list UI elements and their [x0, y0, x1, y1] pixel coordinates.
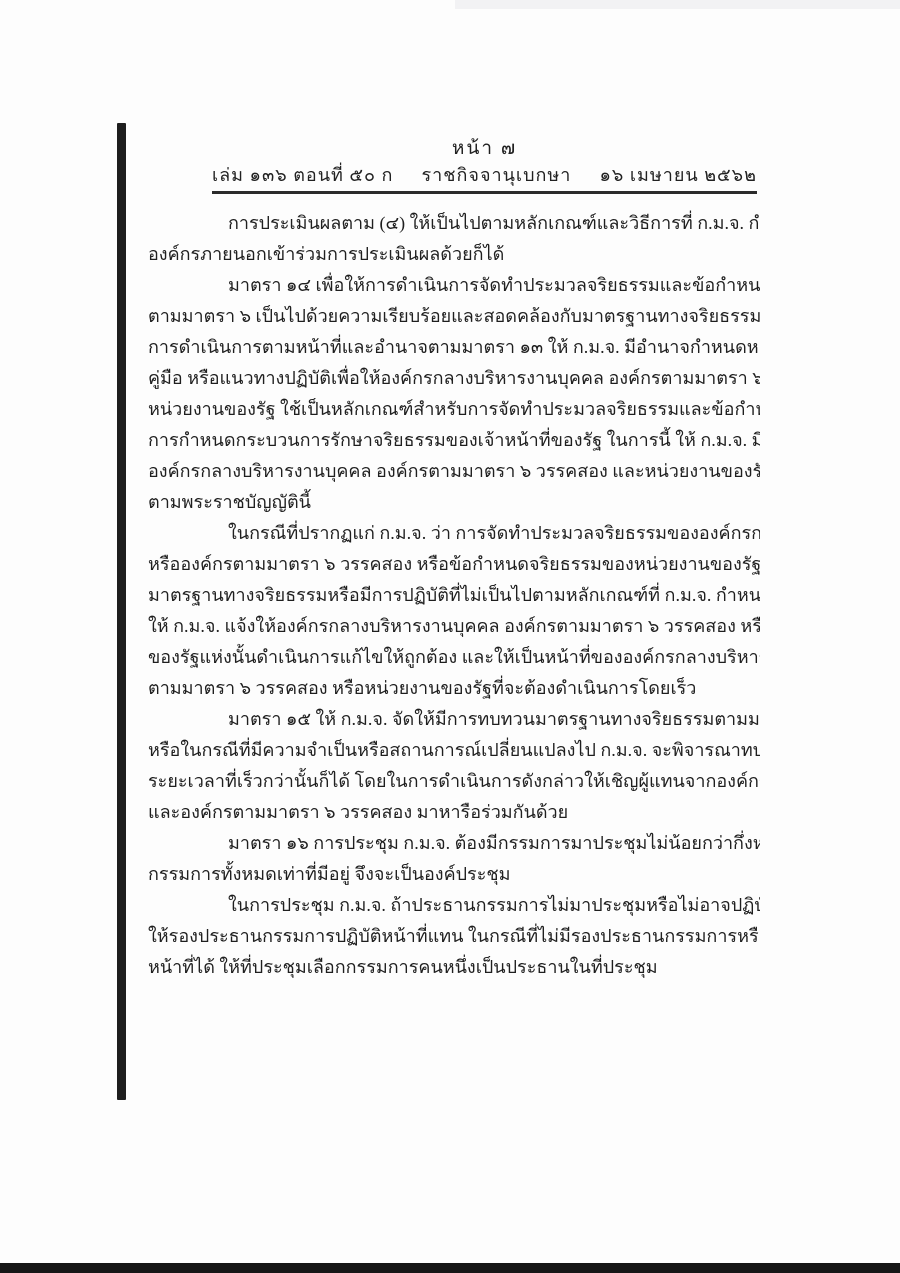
text-line: หรือองค์กรตามมาตรา ๖ วรรคสอง หรือข้อกำหน…: [148, 549, 760, 580]
text-line: การดำเนินการตามหน้าที่และอำนาจตามมาตรา ๑…: [148, 332, 760, 363]
text-line: มาตรฐานทางจริยธรรมหรือมีการปฏิบัติที่ไม่…: [148, 580, 760, 611]
text-line: หรือในกรณีที่มีความจำเป็นหรือสถานการณ์เป…: [148, 735, 760, 766]
text-line: กรรมการทั้งหมดเท่าที่มีอยู่ จึงจะเป็นองค…: [148, 859, 760, 890]
text-line: หน่วยงานของรัฐ ใช้เป็นหลักเกณฑ์สำหรับการ…: [148, 394, 760, 425]
text-line: ตามพระราชบัญญัตินี้: [148, 487, 760, 518]
text-line: หน้าที่ได้ ให้ที่ประชุมเลือกกรรมการคนหนึ…: [148, 952, 760, 983]
text-line: ในกรณีที่ปรากฏแก่ ก.ม.จ. ว่า การจัดทำประ…: [148, 518, 760, 549]
gazette-title: ราชกิจจานุเบกษา: [422, 162, 572, 188]
text-line: มาตรา ๑๖ การประชุม ก.ม.จ. ต้องมีกรรมการม…: [148, 828, 760, 859]
text-line: ในการประชุม ก.ม.จ. ถ้าประธานกรรมการไม่มา…: [148, 890, 760, 921]
text-line: การประเมินผลตาม (๔) ให้เป็นไปตามหลักเกณฑ…: [148, 208, 760, 239]
text-line: ให้ ก.ม.จ. แจ้งให้องค์กรกลางบริหารงานบุค…: [148, 611, 760, 642]
text-line: ตามมาตรา ๖ เป็นไปด้วยความเรียบร้อยและสอด…: [148, 301, 760, 332]
scan-binding-bar: [117, 123, 126, 1100]
text-line: ให้รองประธานกรรมการปฏิบัติหน้าที่แทน ในก…: [148, 921, 760, 952]
text-line: คู่มือ หรือแนวทางปฏิบัติเพื่อให้องค์กรกล…: [148, 363, 760, 394]
text-line: มาตรา ๑๕ ให้ ก.ม.จ. จัดให้มีการทบทวนมาตร…: [148, 704, 760, 735]
text-line: ระยะเวลาที่เร็วกว่านั้นก็ได้ โดยในการดำเ…: [148, 766, 760, 797]
text-line: องค์กรภายนอกเข้าร่วมการประเมินผลด้วยก็ได…: [148, 239, 760, 270]
gazette-header: หน้า ๗ เล่ม ๑๓๖ ตอนที่ ๕๐ ก ราชกิจจานุเบ…: [212, 138, 757, 194]
header-rule: [212, 191, 757, 194]
volume-part-label: เล่ม ๑๓๖ ตอนที่ ๕๐ ก: [212, 162, 393, 188]
document-body: การประเมินผลตาม (๔) ให้เป็นไปตามหลักเกณฑ…: [148, 208, 760, 983]
page-number: หน้า ๗: [212, 138, 757, 160]
gazette-date: ๑๖ เมษายน ๒๕๖๒: [600, 162, 757, 188]
text-line: ของรัฐแห่งนั้นดำเนินการแก้ไขให้ถูกต้อง แ…: [148, 642, 760, 673]
text-line: การกำหนดกระบวนการรักษาจริยธรรมของเจ้าหน้…: [148, 425, 760, 456]
text-line: และองค์กรตามมาตรา ๖ วรรคสอง มาหารือร่วมก…: [148, 797, 760, 828]
text-line: ตามมาตรา ๖ วรรคสอง หรือหน่วยงานของรัฐที่…: [148, 673, 760, 704]
scan-edge-top: [455, 0, 900, 9]
scanned-gazette-page: หน้า ๗ เล่ม ๑๓๖ ตอนที่ ๕๐ ก ราชกิจจานุเบ…: [0, 0, 900, 1273]
text-line: มาตรา ๑๔ เพื่อให้การดำเนินการจัดทำประมวล…: [148, 270, 760, 301]
scan-edge-bottom: [0, 1263, 900, 1273]
gazette-header-row: เล่ม ๑๓๖ ตอนที่ ๕๐ ก ราชกิจจานุเบกษา ๑๖ …: [212, 162, 757, 188]
text-line: องค์กรกลางบริหารงานบุคคล องค์กรตามมาตรา …: [148, 456, 760, 487]
